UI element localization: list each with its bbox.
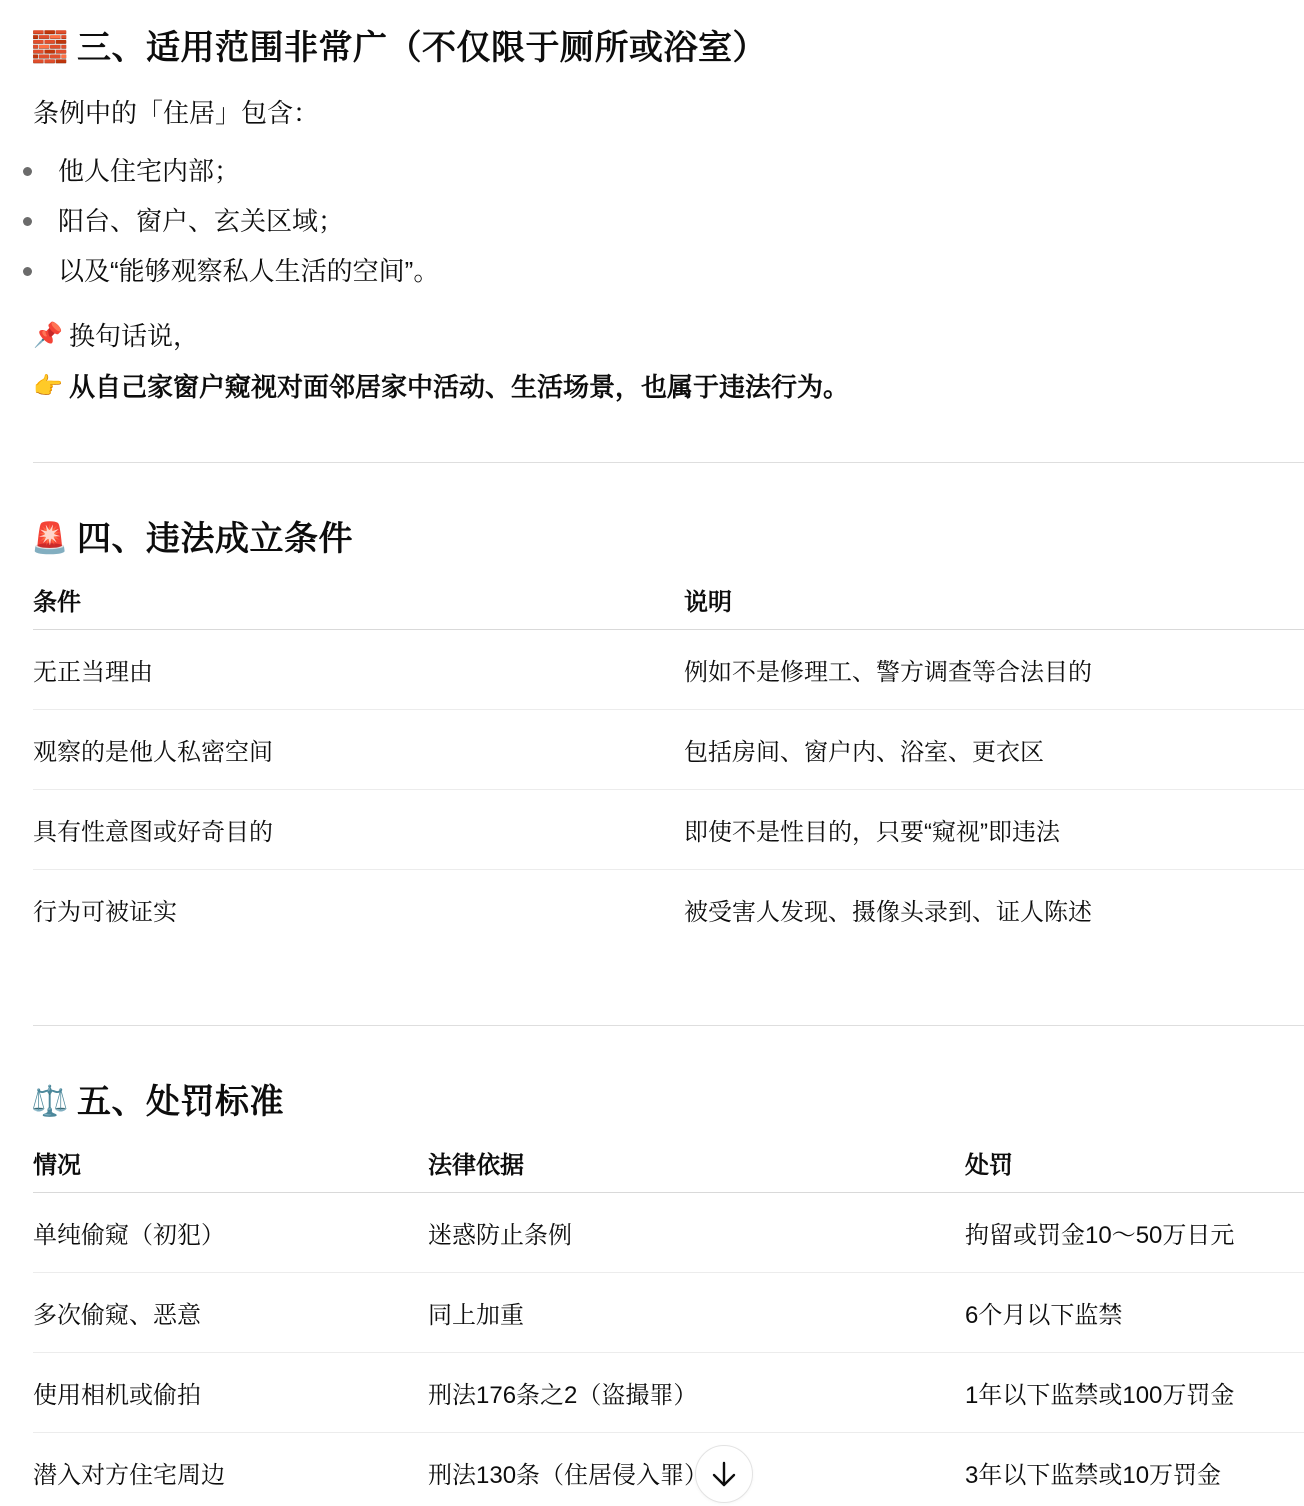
table-cell: 多次偷窥、恶意 xyxy=(33,1272,428,1352)
section-divider xyxy=(33,1025,1304,1026)
table-cell: 被受害人发现、摄像头录到、证人陈述 xyxy=(684,869,1304,949)
column-header: 处罚 xyxy=(965,1134,1304,1192)
arrow-down-icon xyxy=(711,1460,737,1488)
table-cell: 6个月以下监禁 xyxy=(965,1272,1304,1352)
section5-title: 五、处罚标准 xyxy=(77,1078,284,1126)
table-cell: 迷惑防止条例 xyxy=(428,1192,965,1272)
note-text: 换句话说， xyxy=(69,310,199,362)
brick-icon: 🧱 xyxy=(33,24,67,72)
section3-heading: 🧱 三、适用范围非常广（不仅限于厕所或浴室） xyxy=(33,24,767,72)
list-item: 阳台、窗户、玄关区域； xyxy=(0,196,900,246)
column-header: 法律依据 xyxy=(428,1134,965,1192)
table-cell: 单纯偷窥（初犯） xyxy=(33,1192,428,1272)
section-divider xyxy=(33,462,1304,463)
table-header-row: 情况 法律依据 处罚 xyxy=(33,1134,1304,1192)
table-cell: 刑法176条之2（盗撮罪） xyxy=(428,1352,965,1432)
table-cell: 例如不是修理工、警方调查等合法目的 xyxy=(684,629,1304,709)
section3-bullet-list: 他人住宅内部； 阳台、窗户、玄关区域； 以及“能够观察私人生活的空间”。 xyxy=(0,146,900,296)
balance-scale-icon: ⚖️ xyxy=(33,1078,67,1126)
table-header-row: 条件 说明 xyxy=(33,571,1304,629)
column-header: 情况 xyxy=(33,1134,428,1192)
table-row: 具有性意图或好奇目的 即使不是性目的，只要“窥视”即违法 xyxy=(33,789,1304,869)
conditions-table: 条件 说明 无正当理由 例如不是修理工、警方调查等合法目的 观察的是他人私密空间… xyxy=(33,571,1304,949)
column-header: 条件 xyxy=(33,571,684,629)
table-cell: 拘留或罚金10～50万日元 xyxy=(965,1192,1304,1272)
point-line: 👉 从自己家窗户窥视对面邻居家中活动、生活场景，也属于违法行为。 xyxy=(33,361,849,413)
point-text: 从自己家窗户窥视对面邻居家中活动、生活场景，也属于违法行为。 xyxy=(69,361,849,413)
siren-icon: 🚨 xyxy=(33,515,67,563)
scroll-to-bottom-button[interactable] xyxy=(695,1445,753,1503)
section4-title: 四、违法成立条件 xyxy=(77,515,353,563)
section5-heading: ⚖️ 五、处罚标准 xyxy=(33,1078,284,1126)
penalties-table: 情况 法律依据 处罚 单纯偷窥（初犯） 迷惑防止条例 拘留或罚金10～50万日元… xyxy=(33,1134,1304,1506)
section3-intro: 条例中的「住居」包含： xyxy=(33,93,319,133)
table-cell: 具有性意图或好奇目的 xyxy=(33,789,684,869)
list-item: 以及“能够观察私人生活的空间”。 xyxy=(0,246,900,296)
table-cell: 使用相机或偷拍 xyxy=(33,1352,428,1432)
table-row: 多次偷窥、恶意 同上加重 6个月以下监禁 xyxy=(33,1272,1304,1352)
table-cell: 行为可被证实 xyxy=(33,869,684,949)
table-cell: 1年以下监禁或100万罚金 xyxy=(965,1352,1304,1432)
table-cell: 潜入对方住宅周边 xyxy=(33,1432,428,1506)
table-cell: 3年以下监禁或10万罚金 xyxy=(965,1432,1304,1506)
pointing-hand-icon: 👉 xyxy=(33,361,69,413)
table-row: 无正当理由 例如不是修理工、警方调查等合法目的 xyxy=(33,629,1304,709)
table-row: 潜入对方住宅周边 刑法130条（住居侵入罪） 3年以下监禁或10万罚金 xyxy=(33,1432,1304,1506)
table-cell: 即使不是性目的，只要“窥视”即违法 xyxy=(684,789,1304,869)
column-header: 说明 xyxy=(684,571,1304,629)
table-cell: 无正当理由 xyxy=(33,629,684,709)
section3-title: 三、适用范围非常广（不仅限于厕所或浴室） xyxy=(77,24,767,72)
list-item: 他人住宅内部； xyxy=(0,146,900,196)
table-row: 观察的是他人私密空间 包括房间、窗户内、浴室、更衣区 xyxy=(33,709,1304,789)
table-row: 使用相机或偷拍 刑法176条之2（盗撮罪） 1年以下监禁或100万罚金 xyxy=(33,1352,1304,1432)
table-cell: 同上加重 xyxy=(428,1272,965,1352)
table-cell: 包括房间、窗户内、浴室、更衣区 xyxy=(684,709,1304,789)
table-cell: 观察的是他人私密空间 xyxy=(33,709,684,789)
table-row: 单纯偷窥（初犯） 迷惑防止条例 拘留或罚金10～50万日元 xyxy=(33,1192,1304,1272)
pushpin-icon: 📌 xyxy=(33,310,69,362)
section4-heading: 🚨 四、违法成立条件 xyxy=(33,515,353,563)
table-row: 行为可被证实 被受害人发现、摄像头录到、证人陈述 xyxy=(33,869,1304,949)
note-line: 📌 换句话说， xyxy=(33,310,199,362)
